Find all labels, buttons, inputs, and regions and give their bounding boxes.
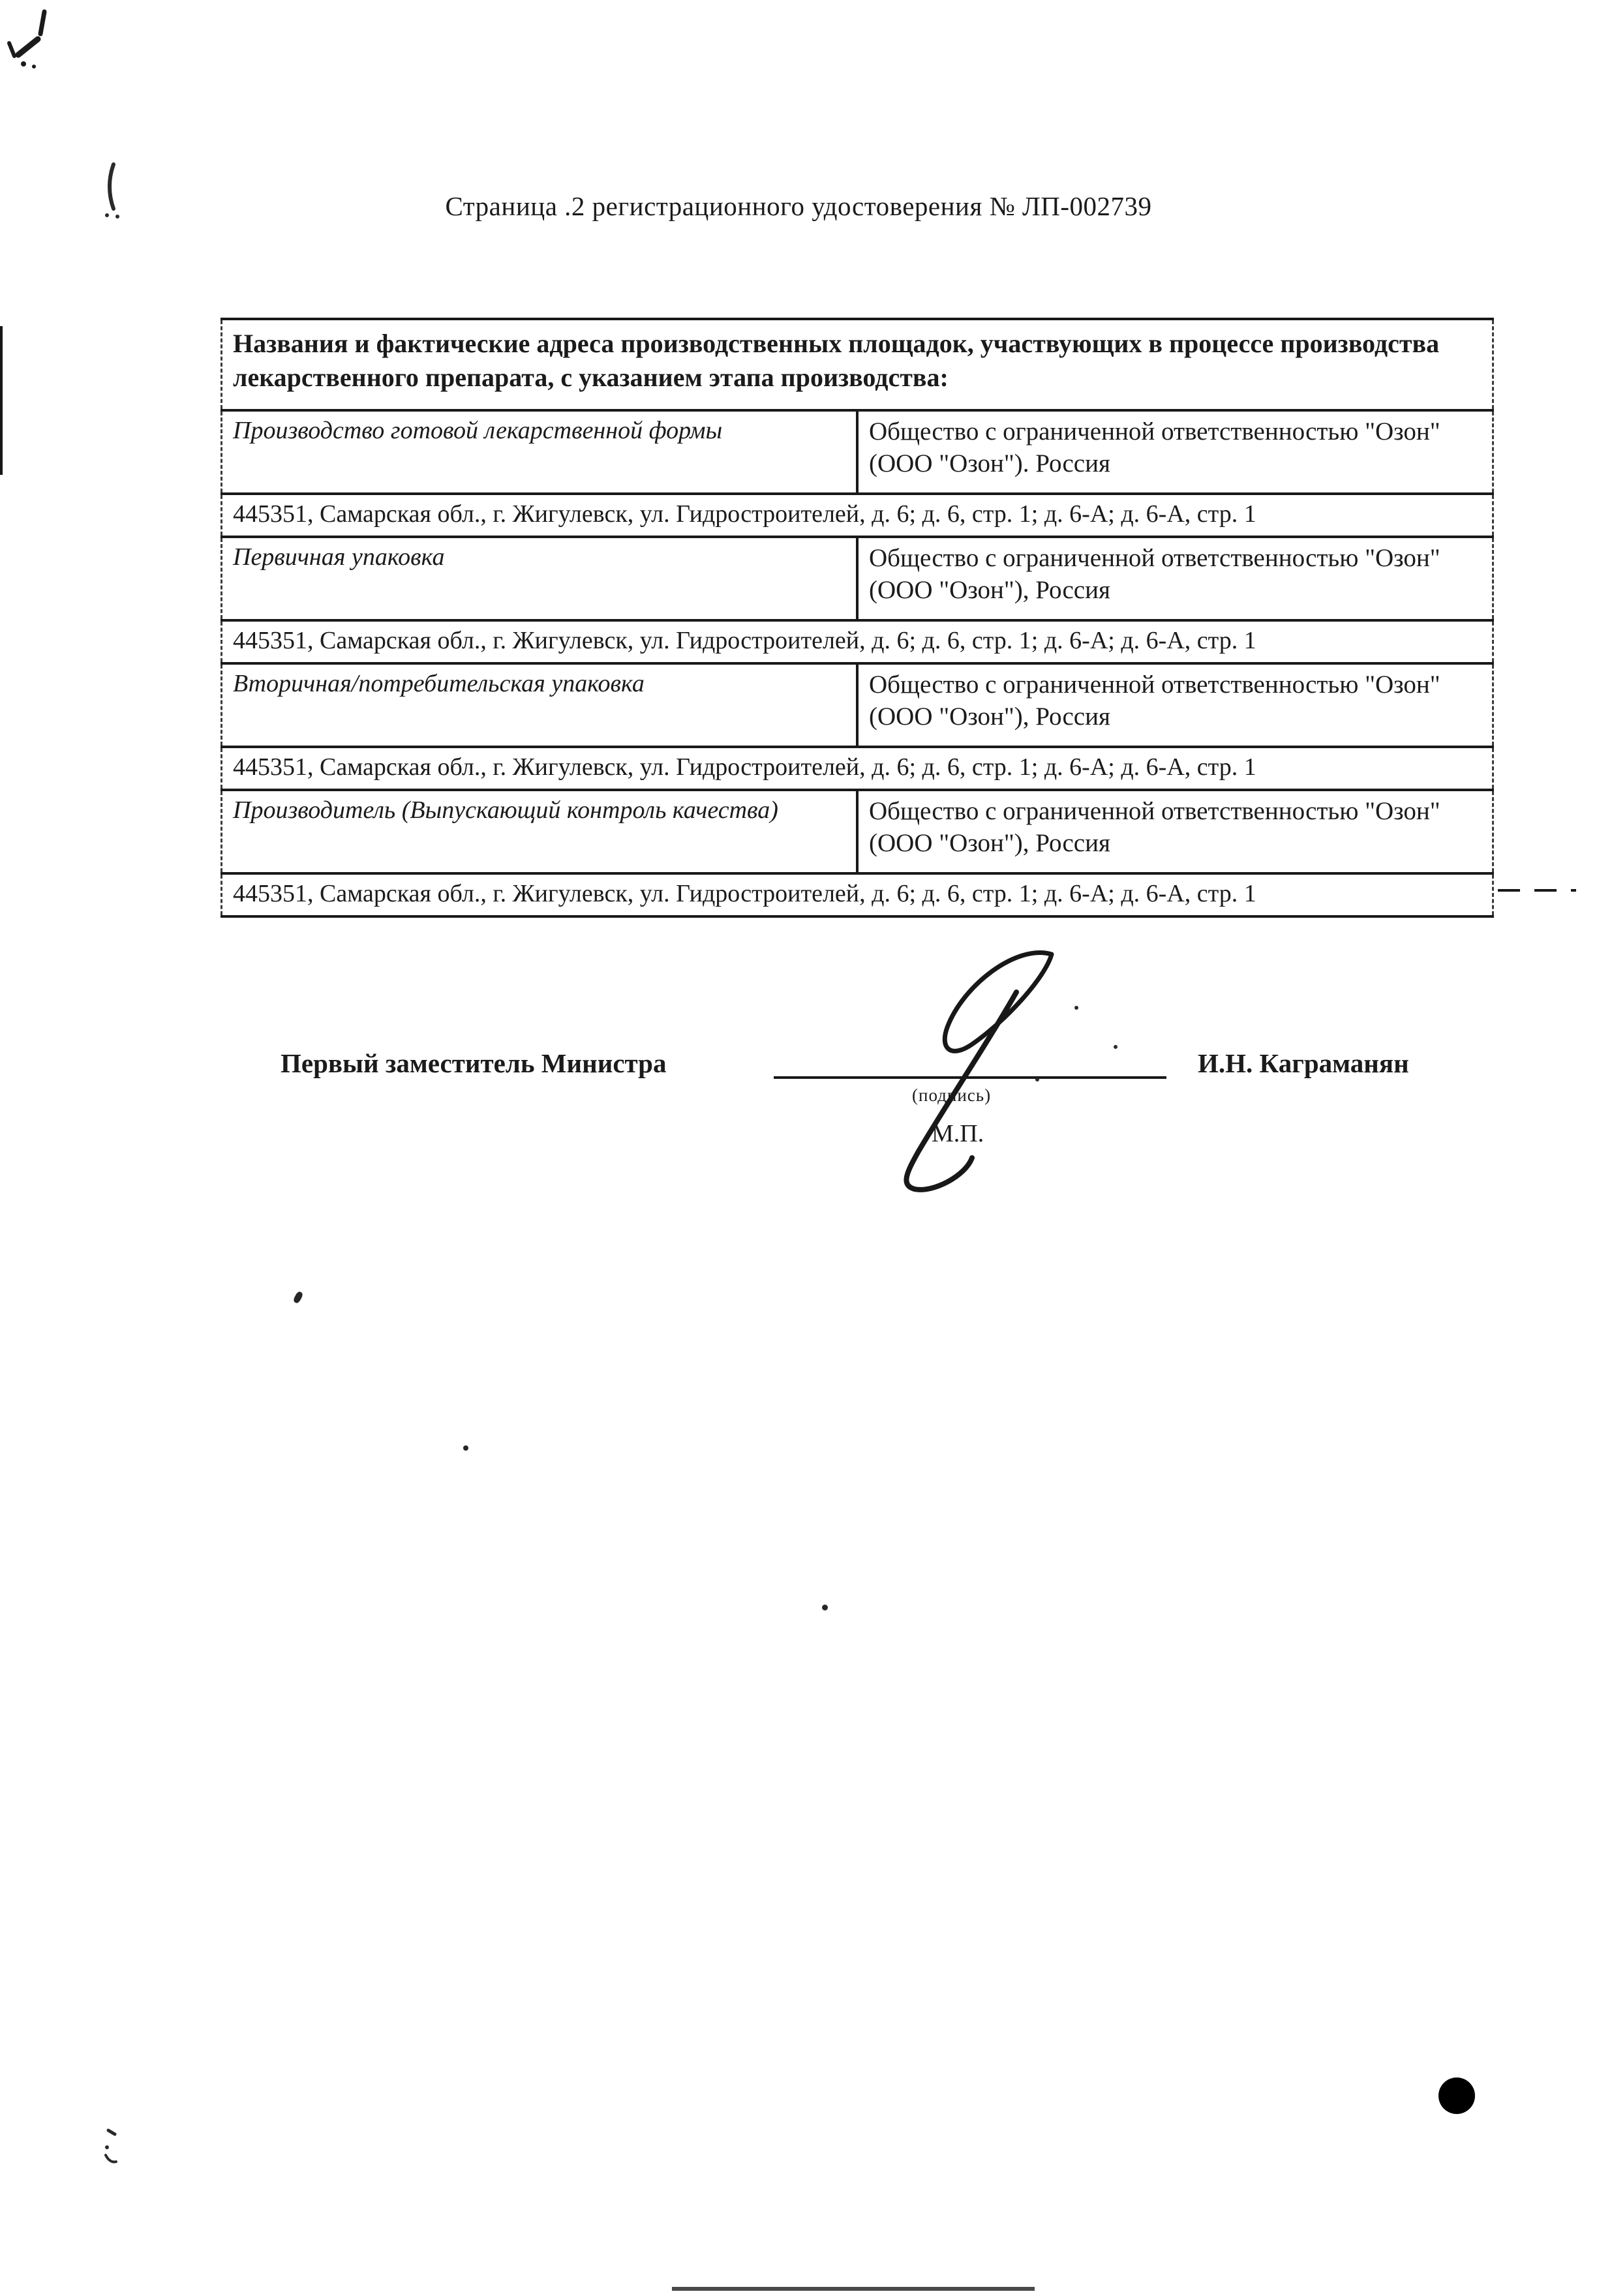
company-name: Общество с ограниченной ответственностью… (869, 544, 1440, 572)
company-name: Общество с ограниченной ответственностью… (869, 797, 1440, 825)
signer-position: Первый заместитель Министра (281, 1048, 666, 1079)
company-country: (ООО "Озон"). Россия (869, 449, 1110, 477)
address-cell: 445351, Самарская обл., г. Жигулевск, ул… (222, 494, 1493, 537)
table-row: 445351, Самарская обл., г. Жигулевск, ул… (222, 873, 1493, 916)
company-name: Общество с ограниченной ответственностью… (869, 671, 1440, 699)
black-dot-mark (1438, 2077, 1475, 2114)
table-row: 445351, Самарская обл., г. Жигулевск, ул… (222, 620, 1493, 663)
scan-speck (822, 1605, 828, 1610)
stage-cell: Производитель (Выпускающий контроль каче… (222, 790, 858, 873)
signer-name: И.Н. Каграманян (1198, 1048, 1409, 1079)
stage-cell: Производство готовой лекарственной формы (222, 410, 858, 494)
company-cell: Общество с ограниченной ответственностью… (857, 410, 1493, 494)
address-cell: 445351, Самарская обл., г. Жигулевск, ул… (222, 620, 1493, 663)
table-row: 445351, Самарская обл., г. Жигулевск, ул… (222, 494, 1493, 537)
company-country: (ООО "Озон"), Россия (869, 702, 1110, 731)
table-row: Первичная упаковка Общество с ограниченн… (222, 537, 1493, 620)
handwritten-signature (842, 929, 1168, 1203)
company-country: (ООО "Озон"), Россия (869, 576, 1110, 604)
table-row: 445351, Самарская обл., г. Жигулевск, ул… (222, 747, 1493, 790)
scan-edge-line (0, 326, 3, 475)
table-row: Производство готовой лекарственной формы… (222, 410, 1493, 494)
production-sites-table: Названия и фактические адреса производст… (221, 318, 1494, 918)
company-cell: Общество с ограниченной ответственностью… (857, 663, 1493, 747)
margin-smudge-bottom (98, 2125, 133, 2167)
table-header-row: Названия и фактические адреса производст… (222, 319, 1493, 410)
address-cell: 445351, Самарская обл., г. Жигулевск, ул… (222, 747, 1493, 790)
company-cell: Общество с ограниченной ответственностью… (857, 537, 1493, 620)
table-border-tail (1498, 889, 1576, 892)
table-row: Вторичная/потребительская упаковка Общес… (222, 663, 1493, 747)
scan-speck (292, 1291, 303, 1305)
address-cell: 445351, Самарская обл., г. Жигулевск, ул… (222, 873, 1493, 916)
pen-scribble-top-left (4, 5, 59, 77)
company-name: Общество с ограниченной ответственностью… (869, 417, 1440, 446)
page-title: Страница .2 регистрационного удостоверен… (0, 190, 1597, 222)
company-cell: Общество с ограниченной ответственностью… (857, 790, 1493, 873)
stage-cell: Вторичная/потребительская упаковка (222, 663, 858, 747)
table-header: Названия и фактические адреса производст… (222, 319, 1493, 410)
company-country: (ООО "Озон"), Россия (869, 829, 1110, 857)
stage-cell: Первичная упаковка (222, 537, 858, 620)
scan-bottom-line (672, 2287, 1035, 2291)
table-row: Производитель (Выпускающий контроль каче… (222, 790, 1493, 873)
scan-speck (463, 1445, 468, 1451)
